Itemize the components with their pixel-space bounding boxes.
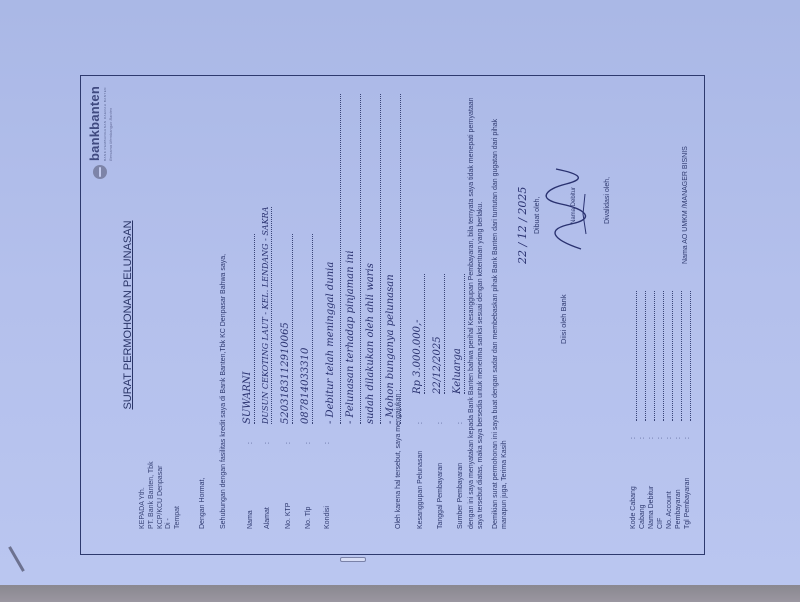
ktp-value[interactable]: 5203183112910065 xyxy=(279,234,293,424)
bank-field-label: Cabang xyxy=(638,439,647,529)
field-ktp: No. KTP : 5203183112910065 xyxy=(279,234,293,529)
colon: : xyxy=(323,424,332,444)
kondisi-line: - Pelunasan terhadap pinjaman ini xyxy=(341,94,361,424)
field-label: Nama xyxy=(246,444,255,529)
bank-field-input[interactable] xyxy=(657,291,664,421)
signed-date[interactable]: 22 / 12 / 2025 xyxy=(516,187,530,264)
document-title: SURAT PERMOHONAN PELUNASAN xyxy=(121,76,135,554)
bank-field-input[interactable] xyxy=(675,291,682,421)
kondisi-line: - Debitur telah meninggal dunia xyxy=(321,94,341,424)
paper-clip xyxy=(340,557,366,562)
intro-text: Sehubungan dengan fasilitas kredit saya … xyxy=(219,254,228,529)
document-form: bankbanten BANK PEMBANGUNAN DAERAH BANTE… xyxy=(80,75,705,555)
colon: : xyxy=(638,421,647,439)
bank-field-label: Pembayaran xyxy=(674,439,683,529)
colon: : xyxy=(647,421,656,439)
field-kesanggupan: Kesanggupan Pelunasan : Rp 3.000.000,- xyxy=(411,274,425,529)
nama-ao-label: Nama AO UMKM /MANAGER BISNIS xyxy=(681,146,690,264)
field-label: Kesanggupan Pelunasan xyxy=(416,424,425,529)
kondisi-line: sudah dilakukan oleh ahli waris xyxy=(361,94,381,424)
signature xyxy=(541,164,591,254)
field-alamat: Alamat : DUSUN CEKOTING LAUT - KEL. LEND… xyxy=(261,207,272,529)
bank-field-label: CIF xyxy=(656,439,665,529)
table-surface xyxy=(0,585,800,602)
because-text: Oleh karena hal tersebut, saya mengajuka… xyxy=(394,390,403,529)
field-label: No. Tlp xyxy=(304,444,313,529)
bank-section-fields: Kode Cabang: Cabang: Nama Debitur: CIF: … xyxy=(629,291,692,529)
colon: : xyxy=(304,424,313,444)
field-kondisi: Kondisi : xyxy=(323,424,332,529)
field-label: Tanggal Pembayaran xyxy=(436,424,445,529)
bank-logo-icon xyxy=(93,165,107,179)
bank-field-input[interactable] xyxy=(684,291,691,421)
field-label: No. KTP xyxy=(284,444,293,529)
divalidasi-oleh: Divalidasi oleh, xyxy=(603,177,612,224)
bank-field: No. Account: xyxy=(665,291,674,529)
greeting: Dengan Hormat, xyxy=(198,478,207,529)
recipient-address: KEPADA Yth. PT. Bank Banten, Tbk KCP/KCU… xyxy=(139,461,183,529)
address-line: KEPADA Yth. xyxy=(139,461,148,529)
colon: : xyxy=(629,421,638,439)
colon: : xyxy=(656,421,665,439)
bank-field-label: Nama Debitur xyxy=(647,439,656,529)
colon: : xyxy=(263,424,272,444)
nama-value[interactable]: SUWARNI xyxy=(241,234,255,424)
colon: : xyxy=(674,421,683,439)
field-tlp: No. Tlp : 087814033310 xyxy=(299,234,313,529)
field-label: Kondisi xyxy=(323,444,332,529)
colon: : xyxy=(246,424,255,444)
bank-field: Nama Debitur: xyxy=(647,291,656,529)
bank-name: bankbanten xyxy=(87,86,104,161)
kondisi-value[interactable]: - Debitur telah meninggal dunia - Peluna… xyxy=(321,94,401,424)
colon: : xyxy=(456,394,465,424)
bank-field-input[interactable] xyxy=(666,291,673,421)
bank-logo: bankbanten BANK PEMBANGUNAN DAERAH BANTE… xyxy=(87,86,113,179)
colon: : xyxy=(665,421,674,439)
field-sumber: Sumber Pembayaran : Keluarga xyxy=(451,274,465,529)
address-line: KCP/KCU Denpasar xyxy=(157,461,166,529)
kondisi-line: - Mohon bunganya pelunasan xyxy=(381,94,401,424)
bank-field-input[interactable] xyxy=(648,291,655,421)
tlp-value[interactable]: 087814033310 xyxy=(299,234,313,424)
address-line: PT. Bank Banten, Tbk xyxy=(148,461,157,529)
bank-field: Tgl Pembayaran: xyxy=(683,291,692,529)
field-tanggal: Tanggal Pembayaran : 22/12/2025 xyxy=(431,274,445,529)
colon: : xyxy=(436,394,445,424)
bank-field-label: Tgl Pembayaran xyxy=(683,439,692,529)
bank-field: Pembayaran: xyxy=(674,291,683,529)
alamat-value[interactable]: DUSUN CEKOTING LAUT - KEL. LENDANG - SAK… xyxy=(261,207,272,424)
bank-section-title: Diisi oleh Bank xyxy=(559,294,569,344)
tanggal-value[interactable]: 22/12/2025 xyxy=(431,274,445,394)
nama-debitur-label: Nama Debitur xyxy=(571,187,579,224)
field-label: Sumber Pembayaran xyxy=(456,424,465,529)
colon: : xyxy=(683,421,692,439)
field-label: Alamat xyxy=(263,444,272,529)
address-line: Tempat xyxy=(174,461,183,529)
bank-field: Cabang: xyxy=(638,291,647,529)
kesanggupan-value[interactable]: Rp 3.000.000,- xyxy=(411,274,425,394)
bank-field-label: No. Account xyxy=(665,439,674,529)
statement-text: dengan ini saya menyatakan kepada Bank B… xyxy=(467,89,485,529)
bank-field-label: Kode Cabang xyxy=(629,439,638,529)
field-nama: Nama : SUWARNI xyxy=(241,234,255,529)
address-line: Di - xyxy=(165,461,174,529)
bank-tagline: Bersama Membangun Banten xyxy=(108,86,113,161)
closing-text: Demikian surat permohonan ini saya buat … xyxy=(491,89,509,529)
bank-field: Kode Cabang: xyxy=(629,291,638,529)
bank-field: CIF: xyxy=(656,291,665,529)
colon: : xyxy=(416,394,425,424)
sumber-value[interactable]: Keluarga xyxy=(451,274,465,394)
bank-field-input[interactable] xyxy=(639,291,646,421)
bank-field-input[interactable] xyxy=(630,291,637,421)
colon: : xyxy=(284,424,293,444)
